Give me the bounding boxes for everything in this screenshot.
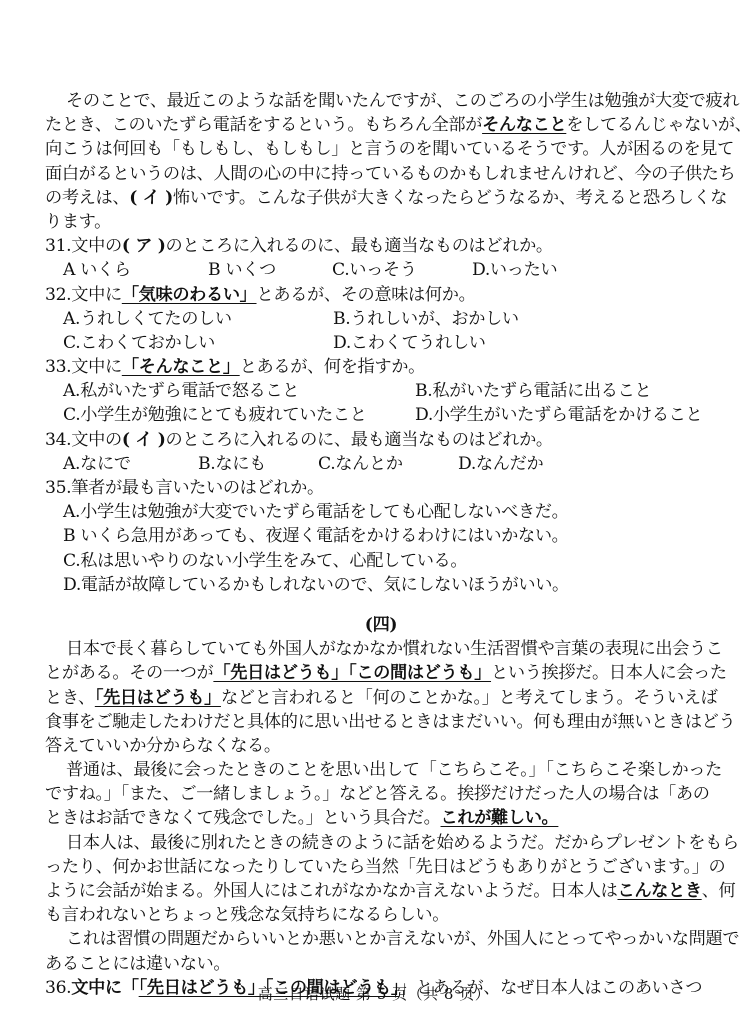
option-text: B いくら急用があっても、夜遅く電話をかけるわけにはいかない。 <box>63 526 569 546</box>
exam-page: そのことで、最近このような話を聞いたんですが、このごろの小学生は勉強が大変で疲れ… <box>45 89 717 1000</box>
option-d[interactable]: D.こわくてうれしい <box>333 333 486 353</box>
passage-line: 食事をご馳走したわけだと具体的に思い出せるときはまだいい。何も理由が無いときはど… <box>45 710 717 734</box>
passage-line: 面白がるというのは、人間の心の中に持っているものかもしれませんけれど、今の子供た… <box>45 162 717 186</box>
option-d[interactable]: D.なんだか <box>458 454 543 474</box>
question-number: 31. <box>45 236 71 256</box>
passage-line: 普通は、最後に会ったときのことを思い出して「こちらこそ。」「こちらこそ楽しかった <box>45 758 717 782</box>
question-stem: 文中の <box>71 430 122 450</box>
passage-text: 普通は、最後に会ったときのことを思い出して「こちらこそ。」「こちらこそ楽しかった <box>66 760 722 780</box>
question-35: 35.筆者が最も言いたいのはどれか。 <box>45 476 717 500</box>
passage-line: ように会話が始まる。外国人にはこれがなかなか言えないようだ。日本人はこんなとき、… <box>45 879 717 903</box>
section-heading: (四) <box>45 613 717 637</box>
passage-text: とき、 <box>45 688 95 708</box>
blank-marker: ( イ ) <box>129 188 173 208</box>
passage-text: 向こうは何回も「もしもし、もしもし」と言うのを聞いているそうです。人が困るのを見… <box>45 139 734 159</box>
option-c[interactable]: C.小学生が勉強にとても疲れていたこと <box>63 403 415 427</box>
question-stem: 文中に <box>71 285 122 305</box>
underlined-phrase: これが難しい。 <box>441 808 559 828</box>
passage-text: 怖いです。こんな子供が大きくなったらどうなるか、考えると恐ろしくな <box>173 188 727 208</box>
underlined-phrase: 「気味のわるい」 <box>122 285 257 305</box>
options-34: A.なにでB.なにもC.なんとかD.なんだか <box>45 452 717 476</box>
spacer <box>45 597 717 613</box>
question-32: 32.文中に「気味のわるい」とあるが、その意味は何か。 <box>45 283 717 307</box>
underlined-phrase: こんなとき <box>617 881 701 901</box>
question-number: 35. <box>45 478 71 498</box>
question-stem: 文中に <box>71 357 122 377</box>
passage-line: ですね。」「また、ご一緒しましょう。」などと答える。挨拶だけだった人の場合は「あ… <box>45 782 717 806</box>
underlined-phrase: 「そんなこと」 <box>122 357 240 377</box>
blank-marker: ( ア ) <box>122 236 166 256</box>
passage-line: これは習慣の問題だからいいとか悪いとか言えないが、外国人にとってやっかいな問題で <box>45 927 717 951</box>
option-b[interactable]: B.うれしいが、おかしい <box>333 309 519 329</box>
option-b[interactable]: B.なにも <box>198 452 318 476</box>
passage-text: 答えていいか分からなくなる。 <box>45 736 281 756</box>
passage-line: も言われないとちょっと残念な気持ちになるらしい。 <box>45 903 717 927</box>
passage-line: ときはお話できなくて残念でした。」という具合だ。これが難しい。 <box>45 806 717 830</box>
passage-line: とき、「先日はどうも」などと言われると「何のことかな。」と考えてしまう。そういえ… <box>45 686 717 710</box>
option-text: D.電話が故障しているかもしれないので、気にしないほうがいい。 <box>63 575 569 595</box>
question-number: 32. <box>45 285 71 305</box>
passage-text: ります。 <box>45 212 111 232</box>
option-a[interactable]: A.なにで <box>63 452 198 476</box>
option-b[interactable]: B いくら急用があっても、夜遅く電話をかけるわけにはいかない。 <box>45 524 717 548</box>
option-text: C.私は思いやりのない小学生をみて、心配している。 <box>63 551 467 571</box>
passage-text: 面白がるというのは、人間の心の中に持っているものかもしれませんけれど、今の子供た… <box>45 164 735 184</box>
passage-line: 日本で長く暮らしていても外国人がなかなか慣れない生活習慣や言葉の表現に出会うこ <box>45 637 717 661</box>
passage-line: たとき、このいたずら電話をするという。もちろん全部がそんなことをしてるんじゃない… <box>45 113 717 137</box>
option-d[interactable]: D.いったい <box>472 260 557 280</box>
question-stem: のところに入れるのに、最も適当なものはどれか。 <box>165 236 552 256</box>
passage-line: そのことで、最近このような話を聞いたんですが、このごろの小学生は勉強が大変で疲れ <box>45 89 717 113</box>
passage-text: をしてるんじゃないが、 <box>566 115 748 135</box>
question-number: 33. <box>45 357 71 377</box>
passage-text: の考えは、 <box>45 188 129 208</box>
blank-marker: ( イ ) <box>122 430 166 450</box>
passage-line: とがある。その一つが「先日はどうも」「この間はどうも」という挨拶だ。日本人に会っ… <box>45 661 717 685</box>
option-a[interactable]: A.私がいたずら電話で怒ること <box>63 379 415 403</box>
passage-text: これは習慣の問題だからいいとか悪いとか言えないが、外国人にとってやっかいな問題で <box>66 929 739 949</box>
underlined-phrase: そんなこと <box>482 115 566 135</box>
passage-line: 日本人は、最後に別れたときの続きのように話を始めるようだ。だからプレゼントをもら <box>45 831 717 855</box>
passage-text: ですね。」「また、ご一緒しましょう。」などと答える。挨拶だけだった人の場合は「あ… <box>45 784 710 804</box>
passage-text: も言われないとちょっと残念な気持ちになるらしい。 <box>45 905 449 925</box>
passage-line: の考えは、( イ )怖いです。こんな子供が大きくなったらどうなるか、考えると恐ろ… <box>45 186 717 210</box>
option-b[interactable]: B いくつ <box>208 258 332 282</box>
option-a[interactable]: A いくら <box>63 258 208 282</box>
option-c[interactable]: C.なんとか <box>318 452 458 476</box>
passage-text: ように会話が始まる。外国人にはこれがなかなか言えないようだ。日本人は <box>45 881 617 901</box>
options-31: A いくらB いくつC.いっそうD.いったい <box>45 258 717 282</box>
options-33-row1: A.私がいたずら電話で怒ることB.私がいたずら電話に出ること <box>45 379 717 403</box>
underlined-phrase: 「先日はどうも」 <box>95 688 221 708</box>
passage-text: ったり、何かお世話になったりしていたら当然「先日はどうもありがとうございます。」… <box>45 857 725 877</box>
passage-text: そのことで、最近このような話を聞いたんですが、このごろの小学生は勉強が大変で疲れ <box>66 91 739 111</box>
passage-line: あることには違いない。 <box>45 952 717 976</box>
passage-text: 食事をご馳走したわけだと具体的に思い出せるときはまだいい。何も理由が無いときはど… <box>45 712 735 732</box>
page-footer: 高三日语试题 第 5 页（共 8 页） <box>0 983 748 1004</box>
passage-text: ときはお話できなくて残念でした。」という具合だ。 <box>45 808 441 828</box>
question-stem: とあるが、何を指すか。 <box>240 357 425 377</box>
option-a[interactable]: A.小学生は勉強が大変でいたずら電話をしても心配しないべきだ。 <box>45 500 717 524</box>
question-stem: 筆者が最も言いたいのはどれか。 <box>71 478 324 498</box>
options-32-row2: C.こわくておかしいD.こわくてうれしい <box>45 331 717 355</box>
passage-text: たとき、このいたずら電話をするという。もちろん全部が <box>45 115 482 135</box>
option-c[interactable]: C.私は思いやりのない小学生をみて、心配している。 <box>45 549 717 573</box>
passage-line: ったり、何かお世話になったりしていたら当然「先日はどうもありがとうございます。」… <box>45 855 717 879</box>
passage-line: ります。 <box>45 210 717 234</box>
question-stem: のところに入れるのに、最も適当なものはどれか。 <box>165 430 552 450</box>
option-a[interactable]: A.うれしくてたのしい <box>63 307 333 331</box>
passage-line: 答えていいか分からなくなる。 <box>45 734 717 758</box>
passage-text: とがある。その一つが <box>45 663 213 683</box>
question-34: 34.文中の( イ )のところに入れるのに、最も適当なものはどれか。 <box>45 428 717 452</box>
options-33-row2: C.小学生が勉強にとても疲れていたことD.小学生がいたずら電話をかけること <box>45 403 717 427</box>
passage-text: という挨拶だ。日本人に会った <box>491 663 727 683</box>
question-number: 34. <box>45 430 71 450</box>
passage-text: 日本で長く暮らしていても外国人がなかなか慣れない生活習慣や言葉の表現に出会うこ <box>66 639 723 659</box>
option-b[interactable]: B.私がいたずら電話に出ること <box>415 381 651 401</box>
passage-line: 向こうは何回も「もしもし、もしもし」と言うのを聞いているそうです。人が困るのを見… <box>45 137 717 161</box>
question-stem: 文中の <box>71 236 122 256</box>
question-stem: とあるが、その意味は何か。 <box>257 285 476 305</box>
underlined-phrase: 「先日はどうも」「この間はどうも」 <box>213 663 491 683</box>
option-c[interactable]: C.こわくておかしい <box>63 331 333 355</box>
option-d[interactable]: D.小学生がいたずら電話をかけること <box>415 405 702 425</box>
option-text: A.小学生は勉強が大変でいたずら電話をしても心配しないべきだ。 <box>63 502 568 522</box>
option-c[interactable]: C.いっそう <box>332 258 472 282</box>
options-32-row1: A.うれしくてたのしいB.うれしいが、おかしい <box>45 307 717 331</box>
option-d[interactable]: D.電話が故障しているかもしれないので、気にしないほうがいい。 <box>45 573 717 597</box>
passage-text: あることには違いない。 <box>45 954 230 974</box>
passage-text: 日本人は、最後に別れたときの続きのように話を始めるようだ。だからプレゼントをもら <box>66 833 739 853</box>
passage-text: などと言われると「何のことかな。」と考えてしまう。そういえば <box>221 688 718 708</box>
passage-text: 、何 <box>702 881 736 901</box>
question-33: 33.文中に「そんなこと」とあるが、何を指すか。 <box>45 355 717 379</box>
question-31: 31.文中の( ア )のところに入れるのに、最も適当なものはどれか。 <box>45 234 717 258</box>
